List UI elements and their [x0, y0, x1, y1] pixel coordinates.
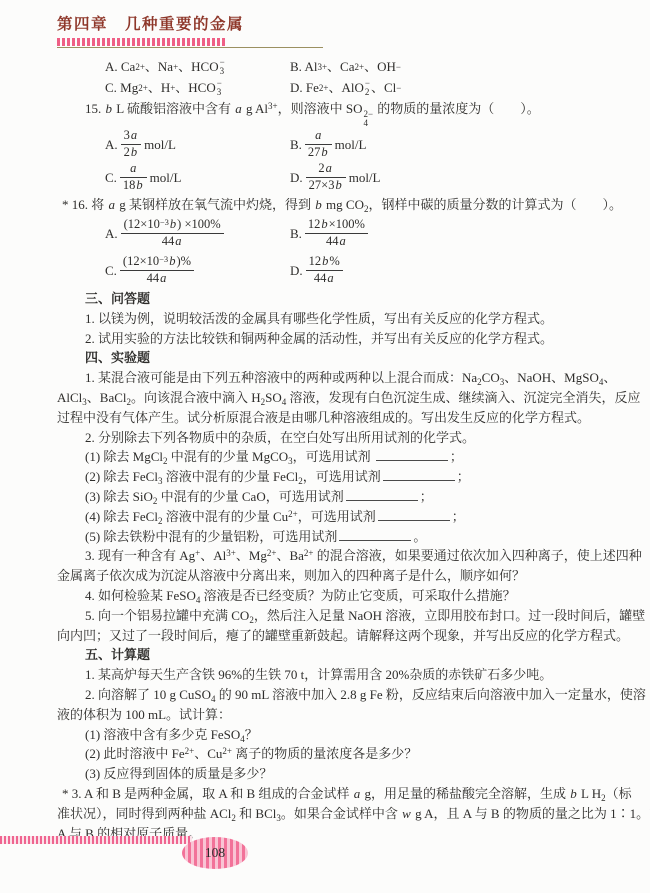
page-number: 108: [205, 845, 225, 861]
text-run: 3: [124, 128, 130, 142]
variable: b: [130, 145, 138, 159]
variable: b: [334, 178, 342, 192]
exp-1-line3: 过程中没有气体产生。试分析原混合液是由哪几种溶液组成的。写出发生反应的化学方程式…: [57, 408, 617, 428]
text-run: 、Ba: [276, 548, 303, 563]
text-run: (3) 反应得到固体的质量是多少？: [85, 766, 272, 781]
text-run: AlCl: [57, 390, 82, 405]
text-run: 44: [326, 234, 339, 248]
fraction-numerator: 2a: [306, 161, 346, 177]
charge-subscript-stack: −2: [365, 79, 370, 97]
text-run: g A，且 A 与 B 的物质的量之比为 1∶1。求: [412, 806, 650, 821]
option-left: A. Ca2+、Na+、HCO−3: [105, 56, 290, 77]
text-run: 和 BCl: [236, 806, 276, 821]
text-run: 金属离子依次成为沉淀从溶液中分离出来，则加入的四种离子是什么，顺序如何？: [57, 568, 525, 583]
fraction-denominator: 44a: [121, 233, 224, 250]
pink-dashed-rule: [57, 38, 225, 46]
fraction: (12×10−3b) ×100%44a: [121, 217, 224, 249]
superscript: 2+: [185, 746, 195, 756]
text-run: 、NaOH、MgSO: [504, 370, 599, 385]
text-run: (12×10: [124, 217, 160, 231]
calc-3-line1: * 3. A 和 B 是两种金属，取 A 和 B 组成的合金试样 a g，用足量…: [57, 784, 617, 804]
text-run: 27: [308, 145, 321, 159]
q15-choice-row-c-d: C. a18b mol/LD. 2a27×3b mol/L: [57, 161, 617, 194]
variable: a: [159, 271, 167, 285]
text-run: 、Cl: [371, 77, 396, 98]
text-run: 44: [147, 271, 160, 285]
fraction: 12b×100%44a: [305, 217, 368, 249]
text-run: 。: [413, 529, 426, 544]
text-run: C.: [105, 261, 117, 281]
text-run: ，则溶液中 SO: [278, 101, 363, 116]
text-run: B.: [290, 224, 302, 244]
option-right: D. 2a27×3b mol/L: [290, 161, 617, 193]
text-run: (2) 除去 FeCl: [85, 469, 158, 484]
q15-choice-row-a-b: A. 3a2b mol/LB. a27b mol/L: [57, 128, 617, 161]
section-calculation: 五、计算题: [57, 645, 617, 665]
text-run: 44: [314, 271, 327, 285]
text-run: ，可选用试剂: [303, 469, 381, 484]
text-run: )%: [176, 254, 191, 268]
text-run: A.: [105, 135, 118, 155]
variable: a: [129, 161, 137, 175]
fraction-numerator: 12b%: [306, 254, 343, 270]
text-run: mol/L: [150, 168, 182, 188]
choice-row-a-b: A. Ca2+、Na+、HCO−3B. Al3+、Ca2+、OH−: [57, 56, 617, 77]
fraction: a18b: [120, 161, 147, 193]
text-run: ×100%: [329, 217, 365, 231]
option-right: B. 12b×100%44a: [290, 217, 617, 249]
exp-2-2: (2) 除去 FeCl3 溶液中混有的少量 FeCl2，可选用试剂；: [57, 467, 617, 487]
fraction-denominator: 44a: [120, 270, 194, 287]
variable: a: [314, 128, 322, 142]
text-run: 2: [124, 145, 130, 159]
text-run: SO: [265, 390, 282, 405]
text-run: CO: [482, 370, 500, 385]
text-run: 溶液中混有的少量 FeCl: [162, 469, 298, 484]
text-run: 。向该混合液中滴入 H: [131, 390, 261, 405]
text-run: 2. 向溶解了 10 g CuSO: [85, 687, 211, 702]
footer-pink-striped-bar: [0, 836, 192, 844]
calc-3-line2: 准状况），同时得到两种盐 ACl2 和 BCl3。如果合金试样中含 w g A，…: [57, 804, 617, 824]
text-run: 向内凹；又过了一段时间后，瘪了的罐壁重新鼓起。请解释这两个现象，并写出反应的化学…: [57, 628, 629, 643]
text-run: 液的体积为 100 mL。试计算：: [57, 707, 231, 722]
text-run: 18: [123, 178, 136, 192]
text-run: 的混合溶液，如果要通过依次加入四种离子，使上述四种: [313, 548, 641, 563]
text-run: ，钢样中碳的质量分数的计算式为（ ）。: [368, 197, 622, 212]
text-run: 2. 分别除去下列各物质中的杂质，在空白处写出所用试剂的化学式。: [85, 430, 475, 445]
text-run: (2) 此时溶液中 Fe: [85, 746, 185, 761]
text-run: (1) 溶液中含有多少克 FeSO: [85, 727, 240, 742]
text-run: 、Ca: [327, 56, 354, 77]
text-run: D. Fe: [290, 77, 319, 98]
fraction-denominator: 44a: [306, 270, 343, 287]
option-right: B. Al3+、Ca2+、OH−: [290, 56, 617, 77]
text-run: 3. 现有一种含有 Ag: [85, 548, 195, 563]
option-left: C. (12×10−3b)%44a: [105, 254, 290, 286]
exp-2-5: (5) 除去铁粉中混有的少量铝粉，可选用试剂。: [57, 527, 617, 547]
text-run: mg CO: [323, 197, 364, 212]
text-run: C. Mg: [105, 77, 138, 98]
text-run: 五、计算题: [85, 647, 150, 662]
text-run: ；: [450, 449, 463, 464]
variable: b: [320, 217, 328, 231]
text-run: B.: [290, 135, 302, 155]
fraction-denominator: 18b: [120, 177, 147, 194]
text-run: ) ×100%: [177, 217, 221, 231]
text-run: mol/L: [335, 135, 367, 155]
option-left: C. Mg2+、H+、HCO−3: [105, 77, 290, 98]
header-rule-line: [57, 47, 323, 48]
calc-1: 1. 某高炉每天生产含铁 96%的生铁 70 t，计算需用含 20%杂质的赤铁矿…: [57, 665, 617, 685]
text-run: 、BaCl: [87, 390, 127, 405]
text-run: L H: [578, 786, 601, 801]
fraction-denominator: 27×3b: [306, 177, 346, 194]
calc-2-2: (2) 此时溶液中 Fe2+、Cu2+ 离子的物质的量浓度各是多少？: [57, 744, 617, 764]
text-run: 1. 某混合液可能是由下列五种溶液中的两种或两种以上混合而成：Na: [85, 370, 477, 385]
variable: b: [314, 197, 323, 212]
calc-2-3: (3) 反应得到固体的质量是多少？: [57, 764, 617, 784]
superscript: 3+: [226, 548, 236, 558]
text-run: 44: [162, 234, 175, 248]
text-run: 三、问答题: [85, 291, 150, 306]
text-run: 2. 试用实验的方法比较铁和铜两种金属的活动性，并写出有关反应的化学方程式。: [85, 331, 553, 346]
text-run: ？: [245, 727, 258, 742]
text-run: 。如果合金试样中含: [281, 806, 401, 821]
answer-blank: [378, 507, 450, 521]
text-run: B. Al: [290, 56, 317, 77]
text-run: 、Al: [200, 548, 226, 563]
text-run: 的 90 mL 溶液中加入 2.8 g Fe 粉，反应结束后向溶液中加入一定量水…: [216, 687, 646, 702]
fraction: 2a27×3b: [306, 161, 346, 193]
exp-2-4: (4) 除去 FeCl2 溶液中混有的少量 Cu2+，可选用试剂；: [57, 507, 617, 527]
page-body: A. Ca2+、Na+、HCO−3B. Al3+、Ca2+、OH−C. Mg2+…: [57, 56, 617, 843]
text-run: 、OH: [364, 56, 396, 77]
text-run: * 16. 将: [62, 197, 108, 212]
text-run: 、: [603, 370, 616, 385]
variable: a: [326, 271, 334, 285]
fraction-numerator: a: [305, 128, 332, 144]
superscript: −3: [160, 217, 169, 227]
qa-2: 2. 试用实验的方法比较铁和铜两种金属的活动性，并写出有关反应的化学方程式。: [57, 329, 617, 349]
charge-subscript-stack: −3: [220, 58, 225, 76]
text-run: (3) 除去 SiO: [85, 489, 153, 504]
charge-subscript-stack: 2−4: [363, 110, 373, 128]
text-run: * 3. A 和 B 是两种金属，取 A 和 B 组成的合金试样: [62, 786, 353, 801]
exp-2-3: (3) 除去 SiO2 中混有的少量 CaO，可选用试剂；: [57, 487, 617, 507]
text-run: 、AlO: [328, 77, 363, 98]
fraction-numerator: 12b×100%: [305, 217, 368, 233]
page-number-badge: 108: [182, 837, 248, 869]
exp-3-line1: 3. 现有一种含有 Ag+、Al3+、Mg2+、Ba2+ 的混合溶液，如果要通过…: [57, 546, 617, 566]
section-experiment: 四、实验题: [57, 348, 617, 368]
fraction: 3a2b: [121, 128, 142, 160]
variable: a: [353, 786, 362, 801]
text-run: 12: [309, 254, 322, 268]
fraction-denominator: 44a: [305, 233, 368, 250]
fraction-denominator: 2b: [121, 144, 142, 161]
chapter-title: 第四章 几种重要的金属: [57, 12, 244, 34]
text-run: 的物质的量浓度为（ ）。: [374, 101, 540, 116]
text-run: g，用足量的稀盐酸完全溶解，生成: [361, 786, 569, 801]
superscript: 3+: [268, 101, 278, 111]
fraction: (12×10−3b)%44a: [120, 254, 194, 286]
section-qa: 三、问答题: [57, 289, 617, 309]
exp-5-line1: 5. 向一个铝易拉罐中充满 CO2，然后注入足量 NaOH 溶液，立即用胶布封口…: [57, 606, 617, 626]
text-run: 12: [308, 217, 321, 231]
option-left: A. (12×10−3b) ×100%44a: [105, 217, 290, 249]
text-run: mol/L: [144, 135, 176, 155]
text-run: 、Na: [145, 56, 173, 77]
superscript: 2+: [288, 509, 298, 519]
answer-blank: [383, 467, 455, 481]
qa-1: 1. 以镁为例，说明较活泼的金属具有哪些化学性质，写出有关反应的化学方程式。: [57, 309, 617, 329]
text-run: 15.: [85, 101, 105, 116]
charge-subscript-stack: −3: [217, 79, 222, 97]
text-run: mol/L: [349, 168, 381, 188]
variable: b: [320, 145, 328, 159]
text-run: 、H: [148, 77, 170, 98]
text-run: 中混有的少量 MgCO: [168, 449, 289, 464]
q16-choice-row-a-b: A. (12×10−3b) ×100%44aB. 12b×100%44a: [57, 215, 617, 252]
text-run: C.: [105, 168, 117, 188]
exp-2-1: (1) 除去 MgCl2 中混有的少量 MgCO3，可选用试剂 ；: [57, 447, 617, 467]
exp-1-line2: AlCl3、BaCl2。向该混合液中滴入 H2SO4 溶液，发现有白色沉淀生成、…: [57, 388, 617, 408]
answer-blank: [376, 447, 448, 461]
text-run: 四、实验题: [85, 350, 150, 365]
fraction-numerator: (12×10−3b)%: [120, 254, 194, 270]
variable: a: [325, 161, 333, 175]
text-run: (12×10: [123, 254, 159, 268]
text-run: 、Cu: [194, 746, 222, 761]
text-run: A. Ca: [105, 56, 135, 77]
text-run: D.: [290, 168, 303, 188]
fraction-numerator: (12×10−3b) ×100%: [121, 217, 224, 233]
text-run: 溶液，发现有白色沉淀生成、继续滴入、沉淀完全消失，反应: [286, 390, 640, 405]
text-run: 2: [318, 161, 324, 175]
exp-5-line2: 向内凹；又过了一段时间后，瘪了的罐壁重新鼓起。请解释这两个现象，并写出反应的化学…: [57, 626, 617, 646]
text-run: 1. 某高炉每天生产含铁 96%的生铁 70 t，计算需用含 20%杂质的赤铁矿…: [85, 667, 552, 682]
text-run: ，可选用试剂: [298, 509, 376, 524]
text-run: 1. 以镁为例，说明较活泼的金属具有哪些化学性质，写出有关反应的化学方程式。: [85, 311, 553, 326]
exp-4: 4. 如何检验某 FeSO4 溶液是否已经变质？为防止它变质，可采取什么措施？: [57, 586, 617, 606]
exp-1-line1: 1. 某混合液可能是由下列五种溶液中的两种或两种以上混合而成：Na2CO3、Na…: [57, 368, 617, 388]
option-right: B. a27b mol/L: [290, 128, 617, 160]
question-15: 15. b L 硫酸铝溶液中含有 a g Al3+，则溶液中 SO2−4 的物质…: [57, 98, 617, 128]
fraction: a27b: [305, 128, 332, 160]
calc-2-line2: 液的体积为 100 mL。试计算：: [57, 705, 617, 725]
text-run: ；: [457, 469, 470, 484]
answer-blank: [339, 527, 411, 541]
exp-3-line2: 金属离子依次成为沉淀从溶液中分离出来，则加入的四种离子是什么，顺序如何？: [57, 566, 617, 586]
variable: a: [130, 128, 138, 142]
text-run: 、Mg: [236, 548, 267, 563]
text-run: 过程中没有气体产生。试分析原混合液是由哪几种溶液组成的。写出发生反应的化学方程式…: [57, 410, 590, 425]
variable: w: [401, 806, 412, 821]
text-run: g 某钢样放在氧气流中灼烧，得到: [116, 197, 314, 212]
variable: a: [108, 197, 117, 212]
text-run: 、HCO: [175, 77, 215, 98]
text-run: 溶液中混有的少量 Cu: [162, 509, 288, 524]
option-right: D. 12b%44a: [290, 254, 617, 286]
text-run: ，可选用试剂: [293, 449, 374, 464]
text-run: 准状况），同时得到两种盐 ACl: [57, 806, 231, 821]
text-run: 溶液是否已经变质？为防止它变质，可采取什么措施？: [200, 588, 515, 603]
text-run: D.: [290, 261, 303, 281]
text-run: 4. 如何检验某 FeSO: [85, 588, 196, 603]
text-run: (4) 除去 FeCl: [85, 509, 158, 524]
variable: b: [569, 786, 578, 801]
text-run: 离子的物质的量浓度各是多少？: [232, 746, 417, 761]
text-run: (1) 除去 MgCl: [85, 449, 163, 464]
text-run: (5) 除去铁粉中混有的少量铝粉，可选用试剂: [85, 529, 337, 544]
text-run: L 硫酸铝溶液中含有: [113, 101, 234, 116]
answer-blank: [346, 487, 418, 501]
superscript: 2+: [222, 746, 232, 756]
option-right: D. Fe2+、AlO−2、Cl−: [290, 77, 617, 98]
calc-2-line1: 2. 向溶解了 10 g CuSO4 的 90 mL 溶液中加入 2.8 g F…: [57, 685, 617, 705]
option-left: A. 3a2b mol/L: [105, 128, 290, 160]
calc-2-1: (1) 溶液中含有多少克 FeSO4？: [57, 725, 617, 745]
question-16: * 16. 将 a g 某钢样放在氧气流中灼烧，得到 b mg CO2，钢样中碳…: [57, 194, 617, 215]
text-run: （标: [606, 786, 632, 801]
text-run: %: [329, 254, 339, 268]
fraction-denominator: 27b: [305, 144, 332, 161]
variable: a: [174, 234, 182, 248]
q16-choice-row-c-d: C. (12×10−3b)%44aD. 12b%44a: [57, 252, 617, 289]
text-run: ；: [452, 509, 465, 524]
text-run: ，然后注入足量 NaOH 溶液，立即用胶布封口。过一段时间后，罐壁: [254, 608, 645, 623]
text-run: 中混有的少量 CaO，可选用试剂: [157, 489, 343, 504]
textbook-page: 第四章 几种重要的金属 A. Ca2+、Na+、HCO−3B. Al3+、Ca2…: [0, 0, 650, 893]
text-run: 27×3: [309, 178, 335, 192]
text-run: ；: [420, 489, 433, 504]
text-run: A.: [105, 224, 118, 244]
variable: a: [234, 101, 243, 116]
fraction-numerator: a: [120, 161, 147, 177]
variable: b: [135, 178, 143, 192]
text-run: 5. 向一个铝易拉罐中充满 CO: [85, 608, 249, 623]
fraction: 12b%44a: [306, 254, 343, 286]
fraction-numerator: 3a: [121, 128, 142, 144]
exp-2: 2. 分别除去下列各物质中的杂质，在空白处写出所用试剂的化学式。: [57, 428, 617, 448]
text-run: 、HCO: [178, 56, 218, 77]
text-run: g Al: [243, 101, 268, 116]
choice-row-c-d: C. Mg2+、H+、HCO−3D. Fe2+、AlO−2、Cl−: [57, 77, 617, 98]
variable: b: [169, 217, 177, 231]
superscript: −3: [159, 254, 168, 264]
option-left: C. a18b mol/L: [105, 161, 290, 193]
variable: a: [339, 234, 347, 248]
variable: b: [105, 101, 114, 116]
